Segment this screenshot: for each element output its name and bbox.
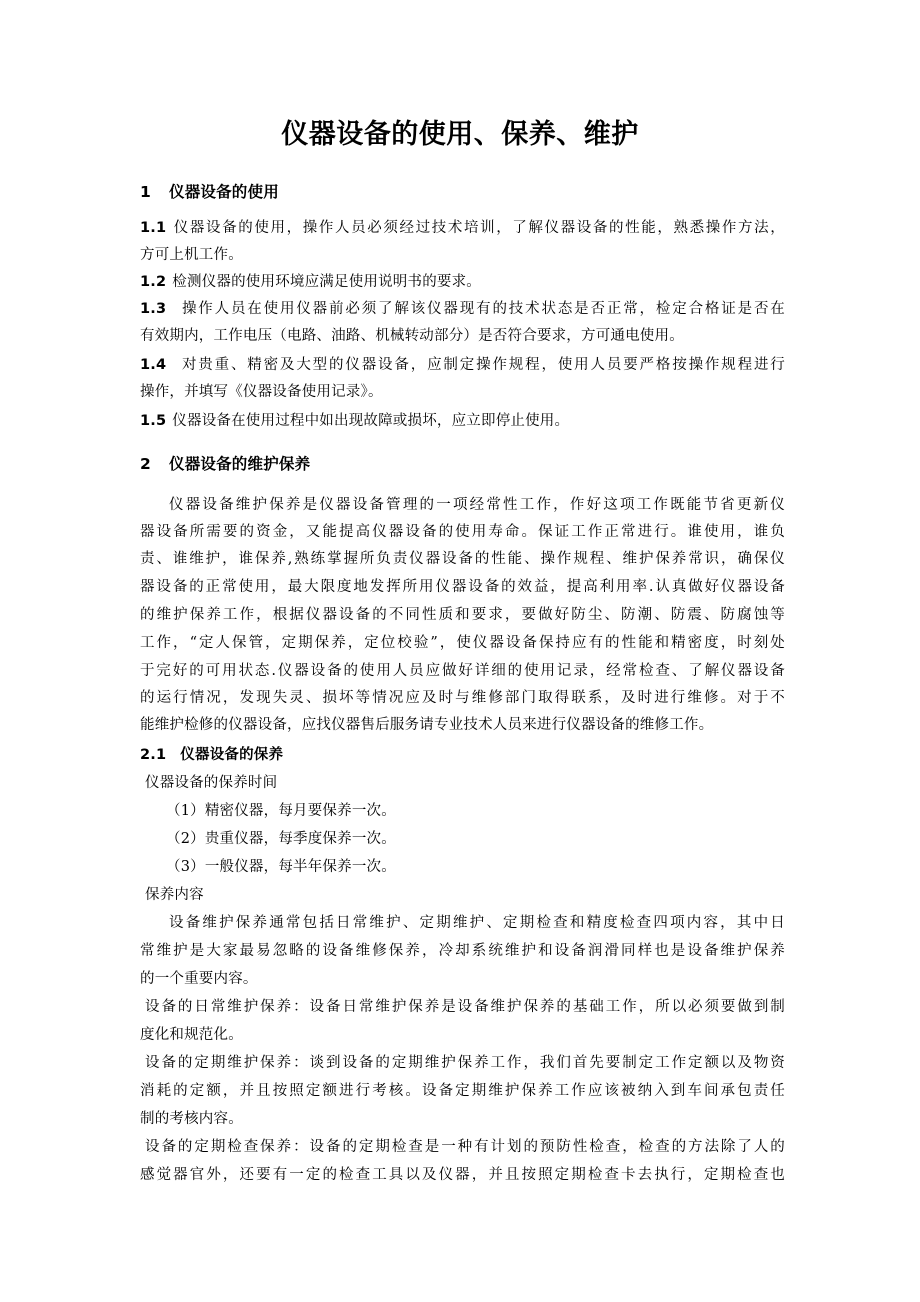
content-line-3: 的一个重要内容。 [140, 969, 785, 989]
intro-line-7: 于完好的可用状态.仪器设备的使用人员应做好详细的使用记录，经常检查、了解仪器设备 [140, 661, 785, 681]
periodic-line-3: 制的考核内容。 [140, 1109, 785, 1129]
intro-line-2: 器设备所需要的资金，又能提高仪器设备的使用寿命。保证工作正常进行。谁使用，谁负 [140, 522, 785, 542]
item-1-3-line-2: 有效期内，工作电压（电路、油路、机械转动部分）是否符合要求，方可通电使用。 [140, 326, 785, 346]
item-text: 操作人员在使用仪器前必须了解该仪器现有的技术状态是否正常，检定合格证是否在 [180, 301, 785, 317]
document-title: 仪器设备的使用、保养、维护 [0, 115, 920, 155]
intro-line-3: 责、谁维护，谁保养,熟练掌握所负责仪器设备的性能、操作规程、维护保养常识，确保仪 [140, 549, 785, 569]
inspection-line-2: 感觉器官外，还要有一定的检查工具以及仪器，并且按照定期检查卡去执行，定期检查也 [140, 1165, 785, 1185]
item-1-1-line-1: 1.1仪器设备的使用，操作人员必须经过技术培训，了解仪器设备的性能，熟悉操作方法… [140, 218, 785, 238]
item-1-2: 1.2检测仪器的使用环境应满足使用说明书的要求。 [140, 272, 785, 292]
subsection-number: 2.1 [140, 747, 166, 763]
item-number: 1.2 [140, 274, 166, 290]
item-1-5: 1.5仪器设备在使用过程中如出现故障或损坏，应立即停止使用。 [140, 411, 785, 431]
intro-line-1: 仪器设备维护保养是仪器设备管理的一项经常性工作，作好这项工作既能节省更新仪 [140, 495, 785, 515]
item-text: 仪器设备的使用，操作人员必须经过技术培训，了解仪器设备的性能，熟悉操作方法， [172, 220, 785, 236]
intro-line-8: 的运行情况，发现失灵、损坏等情况应及时与维修部门取得联系，及时进行维修。对于不 [140, 688, 785, 708]
item-text: 仪器设备在使用过程中如出现故障或损坏，应立即停止使用。 [172, 413, 569, 429]
document-page: 仪器设备的使用、保养、维护 1仪器设备的使用 1.1仪器设备的使用，操作人员必须… [0, 0, 920, 1302]
content-line-1: 设备维护保养通常包括日常维护、定期维护、定期检查和精度检查四项内容，其中日 [140, 913, 785, 933]
content-line-2: 常维护是大家最易忽略的设备维修保养，冷却系统维护和设备润滑同样也是设备维护保养 [140, 941, 785, 961]
item-1-3-line-1: 1.3操作人员在使用仪器前必须了解该仪器现有的技术状态是否正常，检定合格证是否在 [140, 299, 785, 319]
schedule-label: 仪器设备的保养时间 [140, 773, 790, 793]
subsection-title: 仪器设备的保养 [180, 747, 283, 763]
item-1-4-line-1: 1.4对贵重、精密及大型的仪器设备，应制定操作规程，使用人员要严格按操作规程进行 [140, 355, 785, 375]
inspection-line-1: 设备的定期检查保养：设备的定期检查是一种有计划的预防性检查，检查的方法除了人的 [140, 1137, 785, 1157]
section-title: 仪器设备的维护保养 [169, 455, 310, 473]
periodic-line-2: 消耗的定额，并且按照定额进行考核。设备定期维护保养工作应该被纳入到车间承包责任 [140, 1081, 785, 1101]
schedule-item-2: （2）贵重仪器，每季度保养一次。 [140, 829, 811, 849]
section-1-heading: 1仪器设备的使用 [140, 182, 785, 202]
section-number: 1 [140, 183, 151, 201]
subsection-2-1-heading: 2.1仪器设备的保养 [140, 745, 785, 765]
periodic-line-1: 设备的定期维护保养：谈到设备的定期维护保养工作，我们首先要制定工作定额以及物资 [140, 1053, 785, 1073]
item-text: 对贵重、精密及大型的仪器设备，应制定操作规程，使用人员要严格按操作规程进行 [180, 357, 785, 373]
content-label: 保养内容 [140, 885, 790, 905]
daily-line-2: 度化和规范化。 [140, 1025, 785, 1045]
item-number: 1.5 [140, 413, 166, 429]
item-number: 1.3 [140, 301, 166, 317]
item-number: 1.1 [140, 220, 166, 236]
item-1-4-line-2: 操作，并填写《仪器设备使用记录》。 [140, 382, 785, 402]
intro-line-9: 能维护检修的仪器设备，应找仪器售后服务请专业技术人员来进行仪器设备的维修工作。 [140, 715, 785, 735]
item-number: 1.4 [140, 357, 166, 373]
section-2-heading: 2仪器设备的维护保养 [140, 454, 785, 474]
schedule-item-3: （3）一般仪器，每半年保养一次。 [140, 857, 811, 877]
section-number: 2 [140, 455, 151, 473]
item-1-1-line-2: 方可上机工作。 [140, 245, 785, 265]
intro-line-4: 器设备的正常使用，最大限度地发挥所用仪器设备的效益，提高利用率.认真做好仪器设备 [140, 577, 785, 597]
item-text: 检测仪器的使用环境应满足使用说明书的要求。 [172, 274, 481, 290]
schedule-item-1: （1）精密仪器，每月要保养一次。 [140, 801, 811, 821]
section-title: 仪器设备的使用 [169, 183, 279, 201]
intro-line-6: 工作，“定人保管，定期保养，定位校验”，使仪器设备保持应有的性能和精密度，时刻处 [140, 633, 785, 653]
intro-line-5: 的维护保养工作，根据仪器设备的不同性质和要求，要做好防尘、防潮、防震、防腐蚀等 [140, 605, 785, 625]
daily-line-1: 设备的日常维护保养：设备日常维护保养是设备维护保养的基础工作，所以必须要做到制 [140, 997, 785, 1017]
